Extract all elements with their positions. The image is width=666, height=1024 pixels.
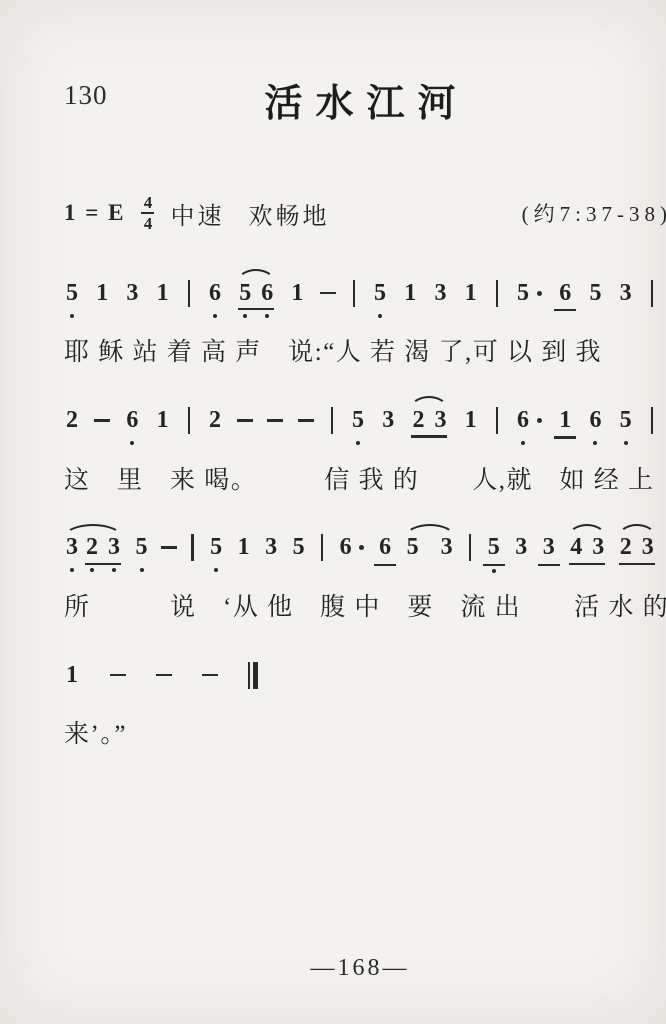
octave-slot bbox=[618, 438, 634, 447]
note: 6 bbox=[515, 405, 531, 447]
note-number: 1 bbox=[155, 278, 171, 308]
meta-row: 1 = E 4 4 中速 欢畅地 (约7:37-38) bbox=[64, 186, 656, 240]
note: 1 bbox=[155, 278, 171, 320]
beam-group: 5 bbox=[515, 278, 543, 320]
octave-slot bbox=[358, 566, 366, 575]
final-barline bbox=[248, 660, 258, 702]
barline-glyph bbox=[321, 534, 323, 561]
octave-slot bbox=[590, 566, 606, 575]
octave-slot bbox=[557, 311, 573, 320]
note: 3 bbox=[618, 278, 634, 320]
lyrics-row-3: 所 说 ‘从 他 腹 中 要 流 出 活 水 的 江 河 bbox=[64, 587, 656, 623]
note-number: 1 bbox=[94, 278, 110, 308]
note-number: 3 bbox=[439, 533, 455, 563]
augmentation-dot bbox=[358, 533, 366, 575]
octave-slot bbox=[350, 438, 366, 447]
lyrics-row-1: 耶 稣 站 着 高 声 说:“人 若 渴 了,可 以 到 我 bbox=[64, 332, 656, 368]
octave-slot bbox=[372, 311, 388, 320]
score-line-2: 2612532316165 这 里 来 喝。 信 我 的 人,就 如 经 上 bbox=[64, 405, 656, 495]
octave-slot bbox=[156, 693, 172, 702]
octave-slot bbox=[237, 311, 253, 320]
sheet-music-page: 130 活水江河 1 = E 4 4 中速 欢畅地 (约7:37-38) 513… bbox=[0, 0, 666, 1024]
octave-slot bbox=[106, 566, 122, 575]
note: 3 bbox=[439, 533, 455, 575]
note: 1 bbox=[463, 405, 479, 447]
symbol-slot bbox=[320, 278, 336, 308]
note: 5 bbox=[372, 278, 388, 320]
note: 5 bbox=[618, 405, 634, 447]
note-number: 5 bbox=[486, 533, 502, 563]
octave-slot bbox=[161, 566, 177, 575]
octave-slot bbox=[236, 566, 252, 575]
barline-glyph bbox=[469, 534, 471, 561]
note: 5 bbox=[237, 278, 253, 320]
dash-glyph bbox=[161, 546, 177, 549]
symbol-slot bbox=[185, 278, 193, 308]
page-content: 130 活水江河 1 = E 4 4 中速 欢畅地 (约7:37-38) 513… bbox=[0, 0, 666, 750]
note-number: 5 bbox=[350, 405, 366, 435]
note: 2 bbox=[207, 405, 223, 447]
octave-slot bbox=[557, 439, 573, 448]
notation-row-3: 3235513566535334323 bbox=[64, 533, 656, 575]
symbol-slot bbox=[358, 533, 366, 563]
note: 6 bbox=[259, 278, 275, 320]
note: 2 bbox=[410, 405, 426, 447]
barline bbox=[328, 405, 336, 447]
note: 5 bbox=[350, 405, 366, 447]
dash-glyph bbox=[94, 419, 110, 422]
slur-group: 56 bbox=[237, 278, 275, 320]
notation-row-4: 1 bbox=[64, 660, 656, 702]
note: 3 bbox=[106, 533, 122, 575]
note: 1 bbox=[402, 278, 418, 320]
duration-dash bbox=[94, 405, 110, 447]
octave-slot bbox=[207, 438, 223, 447]
scripture-reference: (约7:37-38) bbox=[522, 198, 666, 228]
octave-slot bbox=[350, 311, 358, 320]
low-octave-dot bbox=[624, 441, 628, 445]
octave-slot bbox=[587, 438, 603, 447]
note-number: 1 bbox=[155, 405, 171, 435]
low-octave-dot bbox=[214, 568, 218, 572]
barline-glyph bbox=[651, 280, 653, 307]
low-octave-dot bbox=[378, 314, 382, 318]
note: 3 bbox=[380, 405, 396, 447]
octave-slot bbox=[202, 693, 218, 702]
note-number: 3 bbox=[124, 278, 140, 308]
octave-slot bbox=[515, 311, 531, 320]
dot-glyph bbox=[537, 418, 542, 423]
note-number: 5 bbox=[587, 278, 603, 308]
octave-slot bbox=[248, 693, 258, 702]
note: 1 bbox=[557, 405, 573, 447]
low-octave-dot bbox=[243, 314, 247, 318]
note-number: 1 bbox=[289, 278, 305, 308]
symbol-slot bbox=[350, 278, 358, 308]
octave-slot bbox=[185, 438, 193, 447]
note: 1 bbox=[64, 660, 80, 702]
note-number: 1 bbox=[463, 405, 479, 435]
octave-slot bbox=[289, 311, 305, 320]
symbol-slot bbox=[189, 533, 197, 563]
duration-dash bbox=[267, 405, 283, 447]
page-number: —168— bbox=[64, 955, 656, 982]
barline-glyph bbox=[353, 280, 355, 307]
octave-slot bbox=[648, 438, 656, 447]
note: 5 bbox=[208, 533, 224, 575]
note-number: 3 bbox=[640, 533, 656, 563]
octave-slot bbox=[432, 311, 448, 320]
octave-slot bbox=[618, 311, 634, 320]
note-number: 2 bbox=[207, 405, 223, 435]
octave-slot bbox=[155, 311, 171, 320]
song-title: 活水江河 bbox=[64, 72, 656, 127]
octave-slot bbox=[618, 566, 634, 575]
octave-slot bbox=[237, 438, 253, 447]
note: 6 bbox=[207, 278, 223, 320]
octave-slot bbox=[380, 438, 396, 447]
low-octave-dot bbox=[356, 441, 360, 445]
symbol-slot bbox=[202, 660, 218, 690]
note-number: 6 bbox=[557, 278, 573, 308]
augmentation-dot bbox=[535, 405, 543, 447]
beam-group: 23 bbox=[84, 533, 122, 575]
score-body: 5131656151315653 耶 稣 站 着 高 声 说:“人 若 渴 了,… bbox=[64, 278, 656, 750]
octave-slot bbox=[493, 438, 501, 447]
barline bbox=[185, 405, 193, 447]
key-signature: 1 = E bbox=[64, 200, 125, 226]
symbol-slot bbox=[185, 405, 193, 435]
duration-dash bbox=[202, 660, 218, 702]
note-number: 6 bbox=[207, 278, 223, 308]
time-denominator: 4 bbox=[144, 215, 153, 232]
symbol-slot bbox=[535, 405, 543, 435]
duration-dash bbox=[156, 660, 172, 702]
song-number: 130 bbox=[64, 80, 108, 111]
octave-slot bbox=[64, 438, 80, 447]
note-number: 6 bbox=[587, 405, 603, 435]
octave-slot bbox=[463, 438, 479, 447]
octave-slot bbox=[493, 311, 501, 320]
lyrics-row-4: 来’。” bbox=[64, 714, 656, 750]
note: 1 bbox=[463, 278, 479, 320]
octave-slot bbox=[535, 311, 543, 320]
note-number: 6 bbox=[259, 278, 275, 308]
dash-glyph bbox=[298, 419, 314, 422]
octave-slot bbox=[405, 566, 421, 575]
note: 3 bbox=[263, 533, 279, 575]
slur-group: 23 bbox=[410, 405, 448, 447]
barline bbox=[189, 533, 197, 575]
octave-slot bbox=[541, 566, 557, 575]
octave-slot bbox=[328, 438, 336, 447]
note-number: 5 bbox=[208, 533, 224, 563]
duration-dash bbox=[320, 278, 336, 320]
octave-slot bbox=[155, 438, 171, 447]
note-number: 1 bbox=[236, 533, 252, 563]
note: 6 bbox=[377, 533, 393, 575]
octave-slot bbox=[64, 311, 80, 320]
note-number: 5 bbox=[618, 405, 634, 435]
octave-slot bbox=[110, 693, 126, 702]
symbol-slot bbox=[267, 405, 283, 435]
dash-glyph bbox=[156, 674, 172, 677]
slur-group: 323 bbox=[64, 533, 122, 575]
barline-glyph bbox=[496, 280, 498, 307]
note-number: 3 bbox=[263, 533, 279, 563]
octave-slot bbox=[587, 311, 603, 320]
note-number: 2 bbox=[84, 533, 100, 563]
octave-slot bbox=[648, 311, 656, 320]
note-number: 2 bbox=[64, 405, 80, 435]
note: 6 bbox=[124, 405, 140, 447]
note: 1 bbox=[155, 405, 171, 447]
note: 1 bbox=[94, 278, 110, 320]
octave-slot bbox=[513, 566, 529, 575]
barline-glyph bbox=[188, 407, 190, 434]
duration-dash bbox=[237, 405, 253, 447]
symbol-slot bbox=[493, 278, 501, 308]
time-numerator: 4 bbox=[144, 194, 153, 211]
octave-slot bbox=[64, 693, 80, 702]
note: 1 bbox=[236, 533, 252, 575]
note-number: 5 bbox=[515, 278, 531, 308]
octave-slot bbox=[84, 566, 100, 575]
note: 3 bbox=[541, 533, 557, 575]
symbol-slot bbox=[237, 405, 253, 435]
note: 5 bbox=[64, 278, 80, 320]
tempo-marking: 中速 bbox=[170, 196, 224, 231]
notation-row-2: 2612532316165 bbox=[64, 405, 656, 447]
barline-glyph bbox=[191, 534, 193, 561]
beam-group: 6 bbox=[515, 405, 543, 447]
octave-slot bbox=[124, 438, 140, 447]
barline-glyph bbox=[496, 407, 498, 434]
low-octave-dot bbox=[140, 568, 144, 572]
score-line-1: 5131656151315653 耶 稣 站 着 高 声 说:“人 若 渴 了,… bbox=[64, 278, 656, 368]
barline bbox=[185, 278, 193, 320]
note: 4 bbox=[568, 533, 584, 575]
note-number: 6 bbox=[377, 533, 393, 563]
slur-group: 43 bbox=[568, 533, 606, 575]
barline-glyph bbox=[331, 407, 333, 434]
octave-slot bbox=[64, 566, 80, 575]
expression-marking: 欢畅地 bbox=[248, 196, 329, 231]
duration-dash bbox=[161, 533, 177, 575]
octave-slot bbox=[535, 438, 543, 447]
note-number: 5 bbox=[237, 278, 253, 308]
note-number: 2 bbox=[618, 533, 634, 563]
dash-glyph bbox=[202, 674, 218, 677]
dash-glyph bbox=[320, 292, 336, 295]
symbol-slot bbox=[94, 405, 110, 435]
symbol-slot bbox=[466, 533, 474, 563]
octave-slot bbox=[640, 566, 656, 575]
symbol-slot bbox=[648, 405, 656, 435]
note: 2 bbox=[84, 533, 100, 575]
octave-slot bbox=[466, 566, 474, 575]
note-number: 1 bbox=[64, 660, 80, 690]
note: 3 bbox=[513, 533, 529, 575]
note: 3 bbox=[640, 533, 656, 575]
note: 3 bbox=[432, 278, 448, 320]
octave-slot bbox=[207, 311, 223, 320]
note: 2 bbox=[64, 405, 80, 447]
note-number: 3 bbox=[432, 278, 448, 308]
octave-slot bbox=[134, 566, 150, 575]
octave-slot bbox=[432, 438, 448, 447]
octave-slot bbox=[94, 311, 110, 320]
note-number: 5 bbox=[64, 278, 80, 308]
note-number: 1 bbox=[402, 278, 418, 308]
symbol-slot bbox=[248, 660, 258, 690]
barline bbox=[648, 278, 656, 320]
barline bbox=[318, 533, 326, 575]
note: 6 bbox=[338, 533, 354, 575]
barline bbox=[648, 405, 656, 447]
thin-bar-glyph bbox=[248, 662, 250, 689]
note-number: 3 bbox=[618, 278, 634, 308]
note: 5 bbox=[587, 278, 603, 320]
octave-slot bbox=[298, 438, 314, 447]
octave-slot bbox=[318, 566, 326, 575]
note-number: 3 bbox=[380, 405, 396, 435]
note-number: 5 bbox=[405, 533, 421, 563]
low-octave-dot bbox=[521, 441, 525, 445]
octave-slot bbox=[94, 438, 110, 447]
octave-slot bbox=[410, 438, 426, 447]
low-octave-dot bbox=[70, 568, 74, 572]
note-number: 5 bbox=[134, 533, 150, 563]
note-number: 6 bbox=[338, 533, 354, 563]
note: 3 bbox=[64, 533, 80, 575]
note-number: 5 bbox=[372, 278, 388, 308]
low-octave-dot bbox=[593, 441, 597, 445]
note-number: 3 bbox=[106, 533, 122, 563]
symbol-slot bbox=[493, 405, 501, 435]
octave-slot bbox=[338, 566, 354, 575]
score-line-3: 3235513566535334323 所 说 ‘从 他 腹 中 要 流 出 活… bbox=[64, 533, 656, 623]
note: 2 bbox=[618, 533, 634, 575]
barline-glyph bbox=[188, 280, 190, 307]
dot-glyph bbox=[359, 545, 364, 550]
symbol-slot bbox=[648, 278, 656, 308]
low-octave-dot bbox=[265, 314, 269, 318]
octave-slot bbox=[402, 311, 418, 320]
symbol-slot bbox=[110, 660, 126, 690]
barline bbox=[493, 405, 501, 447]
symbol-slot bbox=[535, 278, 543, 308]
barline bbox=[493, 278, 501, 320]
octave-slot bbox=[189, 566, 197, 575]
octave-slot bbox=[486, 566, 502, 575]
duration-dash bbox=[110, 660, 126, 702]
note: 1 bbox=[289, 278, 305, 320]
slur-group: 53 bbox=[405, 533, 455, 575]
barline bbox=[466, 533, 474, 575]
thick-bar-glyph bbox=[253, 662, 258, 689]
octave-slot bbox=[320, 311, 336, 320]
barline bbox=[350, 278, 358, 320]
octave-slot bbox=[208, 566, 224, 575]
dash-glyph bbox=[110, 674, 126, 677]
note-number: 1 bbox=[463, 278, 479, 308]
note-number: 5 bbox=[291, 533, 307, 563]
dash-glyph bbox=[267, 419, 283, 422]
note-number: 2 bbox=[410, 405, 426, 435]
dash-glyph bbox=[237, 419, 253, 422]
lyrics-row-2: 这 里 来 喝。 信 我 的 人,就 如 经 上 bbox=[64, 460, 656, 496]
low-octave-dot bbox=[130, 441, 134, 445]
octave-slot bbox=[263, 566, 279, 575]
note-number: 3 bbox=[590, 533, 606, 563]
note-number: 6 bbox=[124, 405, 140, 435]
note: 5 bbox=[134, 533, 150, 575]
slur-group: 23 bbox=[618, 533, 656, 575]
symbol-slot bbox=[328, 405, 336, 435]
note: 5 bbox=[486, 533, 502, 575]
note-number: 6 bbox=[515, 405, 531, 435]
note: 5 bbox=[405, 533, 421, 575]
note: 3 bbox=[432, 405, 448, 447]
time-signature: 4 4 bbox=[141, 194, 154, 233]
note-number: 1 bbox=[557, 405, 573, 435]
octave-slot bbox=[267, 438, 283, 447]
note-number: 3 bbox=[541, 533, 557, 563]
note-number: 3 bbox=[432, 405, 448, 435]
symbol-slot bbox=[156, 660, 172, 690]
low-octave-dot bbox=[492, 569, 496, 573]
note: 6 bbox=[557, 278, 573, 320]
note-number: 4 bbox=[568, 533, 584, 563]
beam-group: 6 bbox=[338, 533, 366, 575]
barline-glyph bbox=[651, 407, 653, 434]
low-octave-dot bbox=[112, 568, 116, 572]
octave-slot bbox=[291, 566, 307, 575]
note-number: 3 bbox=[513, 533, 529, 563]
symbol-slot bbox=[298, 405, 314, 435]
symbol-slot bbox=[161, 533, 177, 563]
octave-slot bbox=[124, 311, 140, 320]
note: 3 bbox=[124, 278, 140, 320]
octave-slot bbox=[463, 311, 479, 320]
note: 3 bbox=[590, 533, 606, 575]
augmentation-dot bbox=[535, 278, 543, 320]
note-number: 3 bbox=[64, 533, 80, 563]
low-octave-dot bbox=[90, 568, 94, 572]
note: 6 bbox=[587, 405, 603, 447]
dot-glyph bbox=[537, 291, 542, 296]
page-header: 130 活水江河 bbox=[64, 0, 656, 132]
low-octave-dot bbox=[213, 314, 217, 318]
octave-slot bbox=[185, 311, 193, 320]
octave-slot bbox=[439, 566, 455, 575]
octave-slot bbox=[377, 566, 393, 575]
note: 5 bbox=[515, 278, 531, 320]
duration-dash bbox=[298, 405, 314, 447]
low-octave-dot bbox=[70, 314, 74, 318]
notation-row-1: 5131656151315653 bbox=[64, 278, 656, 320]
symbol-slot bbox=[318, 533, 326, 563]
octave-slot bbox=[515, 438, 531, 447]
note: 5 bbox=[291, 533, 307, 575]
octave-slot bbox=[568, 566, 584, 575]
score-line-4: 1 来’。” bbox=[64, 660, 656, 750]
octave-slot bbox=[259, 311, 275, 320]
